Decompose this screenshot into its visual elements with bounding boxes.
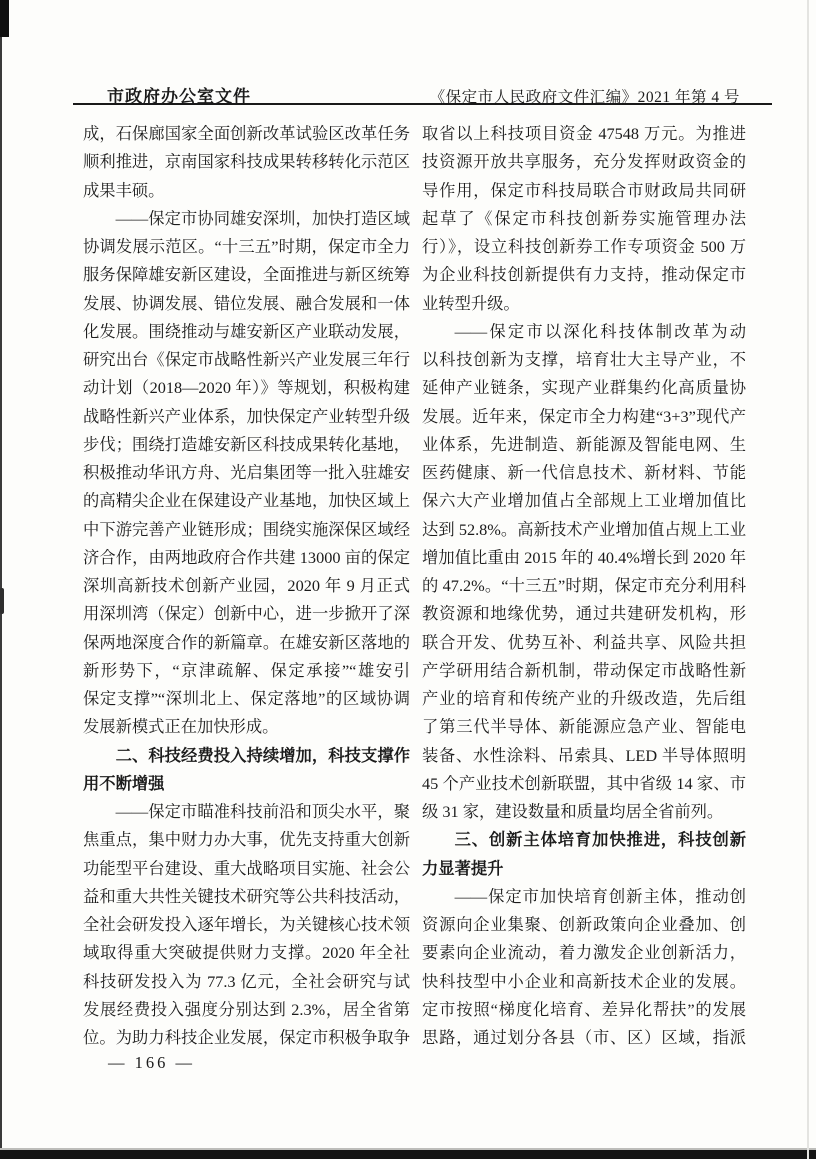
text-line: 用深圳湾（保定）创新中心，进一步掀开了深 [83,600,410,628]
text-line: 化发展。围绕推动与雄安新区产业联动发展， [83,318,410,346]
text-line: 发展新模式正在加快形成。 [83,713,410,741]
text-line: 积极推动华讯方舟、光启集团等一批入驻雄安 [83,459,410,487]
text-line: 了第三代半导体、新能源应急产业、智能电网 [422,713,746,741]
text-line: 力显著提升 [422,855,746,883]
text-line: 全社会研发投入逐年增长，为关键核心技术领 [83,911,410,939]
text-line: 资源向企业集聚、创新政策向企业叠加、创新 [422,911,746,939]
text-line: 快科技型中小企业和高新技术企业的发展。保 [422,968,746,996]
text-line: 动计划（2018—2020 年）》等规划，积极构建 [83,374,410,402]
text-line: 保六大产业增加值占全部规上工业增加值比重 [422,487,746,515]
text-line: 延伸产业链条，实现产业群集约化高质量协同 [422,374,746,402]
text-line: 医药健康、新一代信息技术、新材料、节能环 [422,459,746,487]
text-line: 焦重点，集中财力办大事，优先支持重大创新 [83,826,410,854]
scan-bottom-band [0,1150,816,1159]
text-line: 取省以上科技项目资金 47548 万元。为推进科 [422,120,746,148]
text-line: 达到 52.8%。高新技术产业增加值占规上工业 [422,516,746,544]
text-line: 保两地深度合作的新篇章。在雄安新区落地的 [83,629,410,657]
text-line: 新形势下，“京津疏解、保定承接”“雄安引领、 [83,657,410,685]
text-line: 益和重大共性关键技术研究等公共科技活动， [83,883,410,911]
text-line: 导作用，保定市科技局联合市财政局共同研究 [422,177,746,205]
text-line: 科技研发投入为 77.3 亿元，全社会研究与试验 [83,968,410,996]
text-line: ——保定市瞄准科技前沿和顶尖水平，聚 [83,798,410,826]
text-line: 三、创新主体培育加快推进，科技创新实 [422,826,746,854]
text-line: 增加值比重由 2015 年的 40.4%增长到 2020 年 [422,544,746,572]
text-line: 成，石保廊国家全面创新改革试验区改革任务 [83,120,410,148]
text-line: 思路，通过划分各县（市、区）区域，指派科 [422,1024,746,1052]
text-line: 要素向企业流动，着力激发企业创新活力，加 [422,939,746,967]
scan-edge-left-line [0,0,2,1159]
text-line: 服务保障雄安新区建设，全面推进与新区统筹 [83,261,410,289]
text-line: 装备、水性涂料、吊索具、LED 半导体照明等 [422,742,746,770]
text-line: 定市按照“梯度化培育、差异化帮扶”的发展 [422,996,746,1024]
text-line: 45 个产业技术创新联盟，其中省级 14 家、市 [422,770,746,798]
text-line: 功能型平台建设、重大战略项目实施、社会公 [83,855,410,883]
text-line: 业体系，先进制造、新能源及智能电网、生物 [422,431,746,459]
text-line: 产学研用结合新机制，带动保定市战略性新兴 [422,657,746,685]
text-line: 二、科技经费投入持续增加，科技支撑作 [83,742,410,770]
text-line: ——保定市协同雄安深圳，加快打造区域 [83,205,410,233]
text-line: 成果丰硕。 [83,177,410,205]
text-line: 产业的培育和传统产业的升级改造，先后组建 [422,685,746,713]
document-page: 市政府办公室文件 《保定市人民政府文件汇编》2021 年第 4 号 成，石保廊国… [0,0,816,1159]
scan-corner-mark [0,0,9,37]
text-line: 协调发展示范区。“十三五”时期，保定市全力 [83,233,410,261]
text-line: 行）》，设立科技创新券工作专项资金 500 万元， [422,233,746,261]
text-line: 的高精尖企业在保建设产业基地，加快区域上 [83,487,410,515]
text-line: 深圳高新技术创新产业园，2020 年 9 月正式启 [83,572,410,600]
text-line: 发展。近年来，保定市全力构建“3+3”现代产 [422,403,746,431]
text-line: 以科技创新为支撑，培育壮大主导产业，不断 [422,346,746,374]
text-line: 保定支撑”“深圳北上、保定落地”的区域协调 [83,685,410,713]
text-line: 位。为助力科技企业发展，保定市积极争取争 [83,1024,410,1052]
text-line: 的 47.2%。“十三五”时期，保定市充分利用科 [422,572,746,600]
text-line: 业转型升级。 [422,290,746,318]
text-line: ——保定市以深化科技体制改革为动力， [422,318,746,346]
scan-edge-right-line [807,0,809,1159]
text-line: 联合开发、优势互补、利益共享、风险共担的 [422,629,746,657]
scan-edge-blob [0,588,4,614]
text-line: 起草了《保定市科技创新券实施管理办法（试 [422,205,746,233]
text-line: ——保定市加快培育创新主体，推动创新 [422,883,746,911]
text-line: 域取得重大突破提供财力支撑。2020 年全社会 [83,939,410,967]
text-line: 级 31 家，建设数量和质量均居全省前列。 [422,798,746,826]
text-line: 顺利推进，京南国家科技成果转移转化示范区 [83,148,410,176]
page-number: — 166 — [108,1053,195,1073]
text-column-right: 取省以上科技项目资金 47548 万元。为推进科技资源开放共享服务，充分发挥财政… [422,120,746,1052]
text-line: 研究出台《保定市战略性新兴产业发展三年行 [83,346,410,374]
text-line: 为企业科技创新提供有力支持，推动保定市企 [422,261,746,289]
text-line: 发展、协调发展、错位发展、融合发展和一体 [83,290,410,318]
text-line: 步伐；围绕打造雄安新区科技成果转化基地， [83,431,410,459]
text-line: 中下游完善产业链形成；围绕实施深保区域经 [83,516,410,544]
text-line: 济合作，由两地政府合作共建 13000 亩的保定 [83,544,410,572]
text-line: 用不断增强 [83,770,410,798]
text-column-left: 成，石保廊国家全面创新改革试验区改革任务顺利推进，京南国家科技成果转移转化示范区… [83,120,410,1052]
text-line: 技资源开放共享服务，充分发挥财政资金的引 [422,148,746,176]
header-rule [73,103,772,105]
text-line: 教资源和地缘优势，通过共建研发机构，形成 [422,600,746,628]
text-line: 发展经费投入强度分别达到 2.3%，居全省第一 [83,996,410,1024]
text-line: 战略性新兴产业体系，加快保定产业转型升级 [83,403,410,431]
